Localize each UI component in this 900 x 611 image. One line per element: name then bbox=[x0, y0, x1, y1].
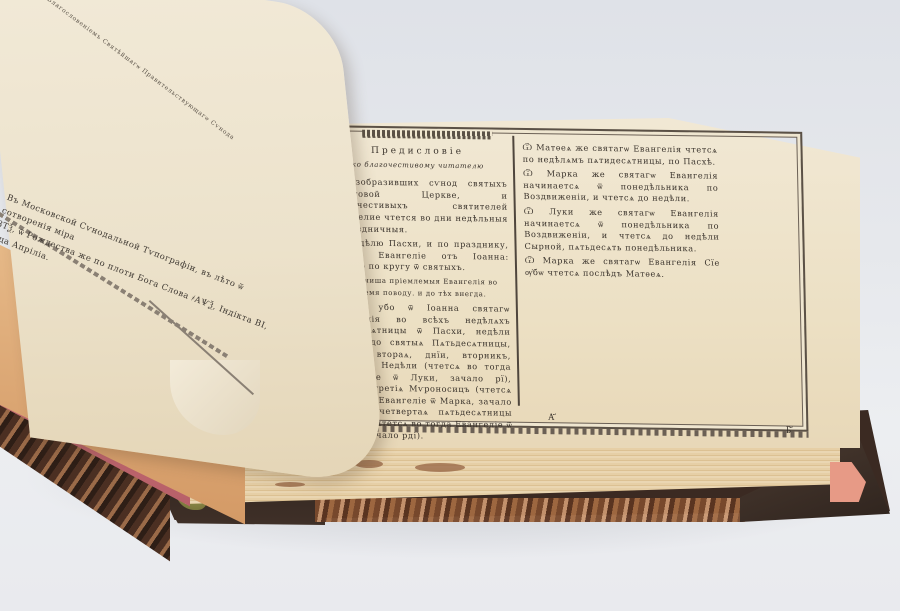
right-column: Ѿ Матѳеѧ же святагѡ Евангелія чтетсѧ по … bbox=[522, 142, 720, 281]
paragraph: Ѿ Луки же святагѡ Евангелія начинаетсѧ ѿ… bbox=[524, 206, 720, 255]
page-subheading: ко благочестивому читателю bbox=[329, 159, 507, 173]
paragraph: Ѿ Марка же святагѡ Евангелія Сїе ѹ҆бѡ чт… bbox=[525, 255, 721, 281]
paragraph: Ѿ Матѳеѧ же святагѡ Евангелія чтетсѧ по … bbox=[522, 142, 718, 168]
page-number-left: А҃ bbox=[548, 412, 555, 423]
photo-scene: Предисловіе ко благочестивому читателю Ѿ… bbox=[0, 0, 900, 611]
marbled-cover-edge bbox=[315, 498, 745, 522]
page-number-right: Б҃ bbox=[786, 425, 791, 436]
text-frame: Предисловіе ко благочестивому читателю Ѿ… bbox=[312, 125, 808, 432]
page-heading: Предисловіе bbox=[328, 145, 506, 159]
paragraph: Ѿ Марка же святагѡ Евангелія начинаетсѧ … bbox=[523, 168, 719, 206]
